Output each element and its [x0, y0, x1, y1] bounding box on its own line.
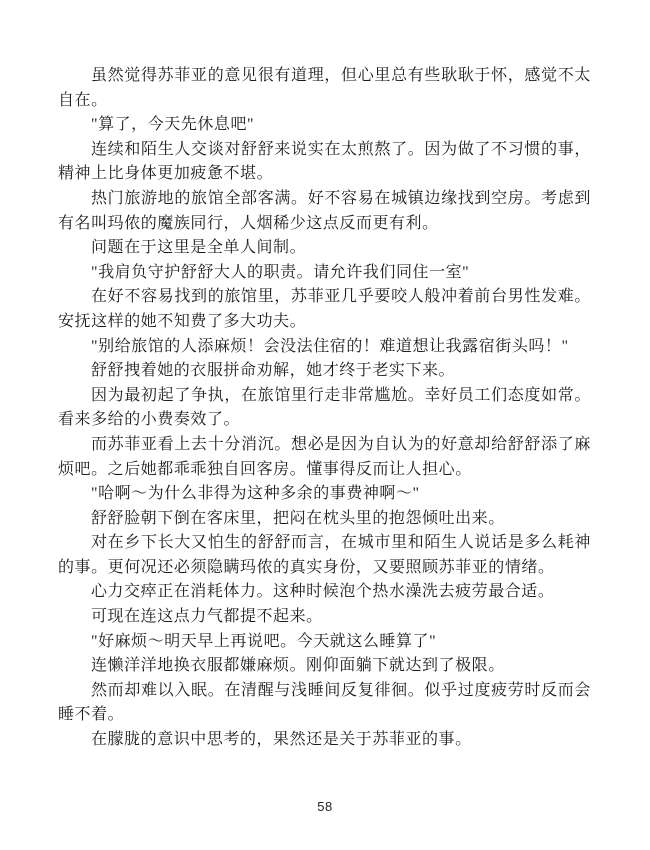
paragraph: 舒舒拽着她的衣服拼命劝解，她才终于老实下来。 [58, 359, 591, 384]
paragraph: 问题在于这里是全单人间制。 [58, 236, 591, 261]
paragraph: 对在乡下长大又怕生的舒舒而言，在城市里和陌生人说话是多么耗神的事。更何况还必须隐… [58, 531, 591, 580]
paragraph: 心力交瘁正在消耗体力。这种时候泡个热水澡洗去疲劳最合适。 [58, 580, 591, 605]
paragraph: 在朦胧的意识中思考的，果然还是关于苏菲亚的事。 [58, 728, 591, 753]
paragraph: 舒舒脸朝下倒在客床里，把闷在枕头里的抱怨倾吐出来。 [58, 507, 591, 532]
paragraph: 虽然觉得苏菲亚的意见很有道理，但心里总有些耿耿于怀，感觉不太自在。 [58, 64, 591, 113]
paragraph-dialogue: "好麻烦～明天早上再说吧。今天就这么睡算了" [58, 630, 591, 655]
paragraph: 在好不容易找到的旅馆里，苏菲亚几乎要咬人般冲着前台男性发难。安抚这样的她不知费了… [58, 285, 591, 334]
document-page: 虽然觉得苏菲亚的意见很有道理，但心里总有些耿耿于怀，感觉不太自在。 "算了，今天… [0, 0, 650, 850]
page-body-text: 虽然觉得苏菲亚的意见很有道理，但心里总有些耿耿于怀，感觉不太自在。 "算了，今天… [58, 64, 591, 753]
paragraph-dialogue: "哈啊～为什么非得为这种多余的事费神啊～" [58, 482, 591, 507]
paragraph: 连续和陌生人交谈对舒舒来说实在太煎熬了。因为做了不习惯的事，精神上比身体更加疲惫… [58, 138, 591, 187]
paragraph-dialogue: "我肩负守护舒舒大人的职责。请允许我们同住一室" [58, 261, 591, 286]
paragraph: 然而却难以入眠。在清醒与浅睡间反复徘徊。似乎过度疲劳时反而会睡不着。 [58, 679, 591, 728]
paragraph: 热门旅游地的旅馆全部客满。好不容易在城镇边缘找到空房。考虑到有名叫玛侬的魔族同行… [58, 187, 591, 236]
page-number: 58 [0, 799, 650, 814]
paragraph: 而苏菲亚看上去十分消沉。想必是因为自认为的好意却给舒舒添了麻烦吧。之后她都乖乖独… [58, 433, 591, 482]
paragraph: 可现在连这点力气都提不起来。 [58, 605, 591, 630]
paragraph-dialogue: "别给旅馆的人添麻烦！会没法住宿的！难道想让我露宿街头吗！" [58, 335, 591, 360]
paragraph-dialogue: "算了，今天先休息吧" [58, 113, 591, 138]
paragraph: 连懒洋洋地换衣服都嫌麻烦。刚仰面躺下就达到了极限。 [58, 654, 591, 679]
paragraph: 因为最初起了争执，在旅馆里行走非常尴尬。幸好员工们态度如常。看来多给的小费奏效了… [58, 384, 591, 433]
